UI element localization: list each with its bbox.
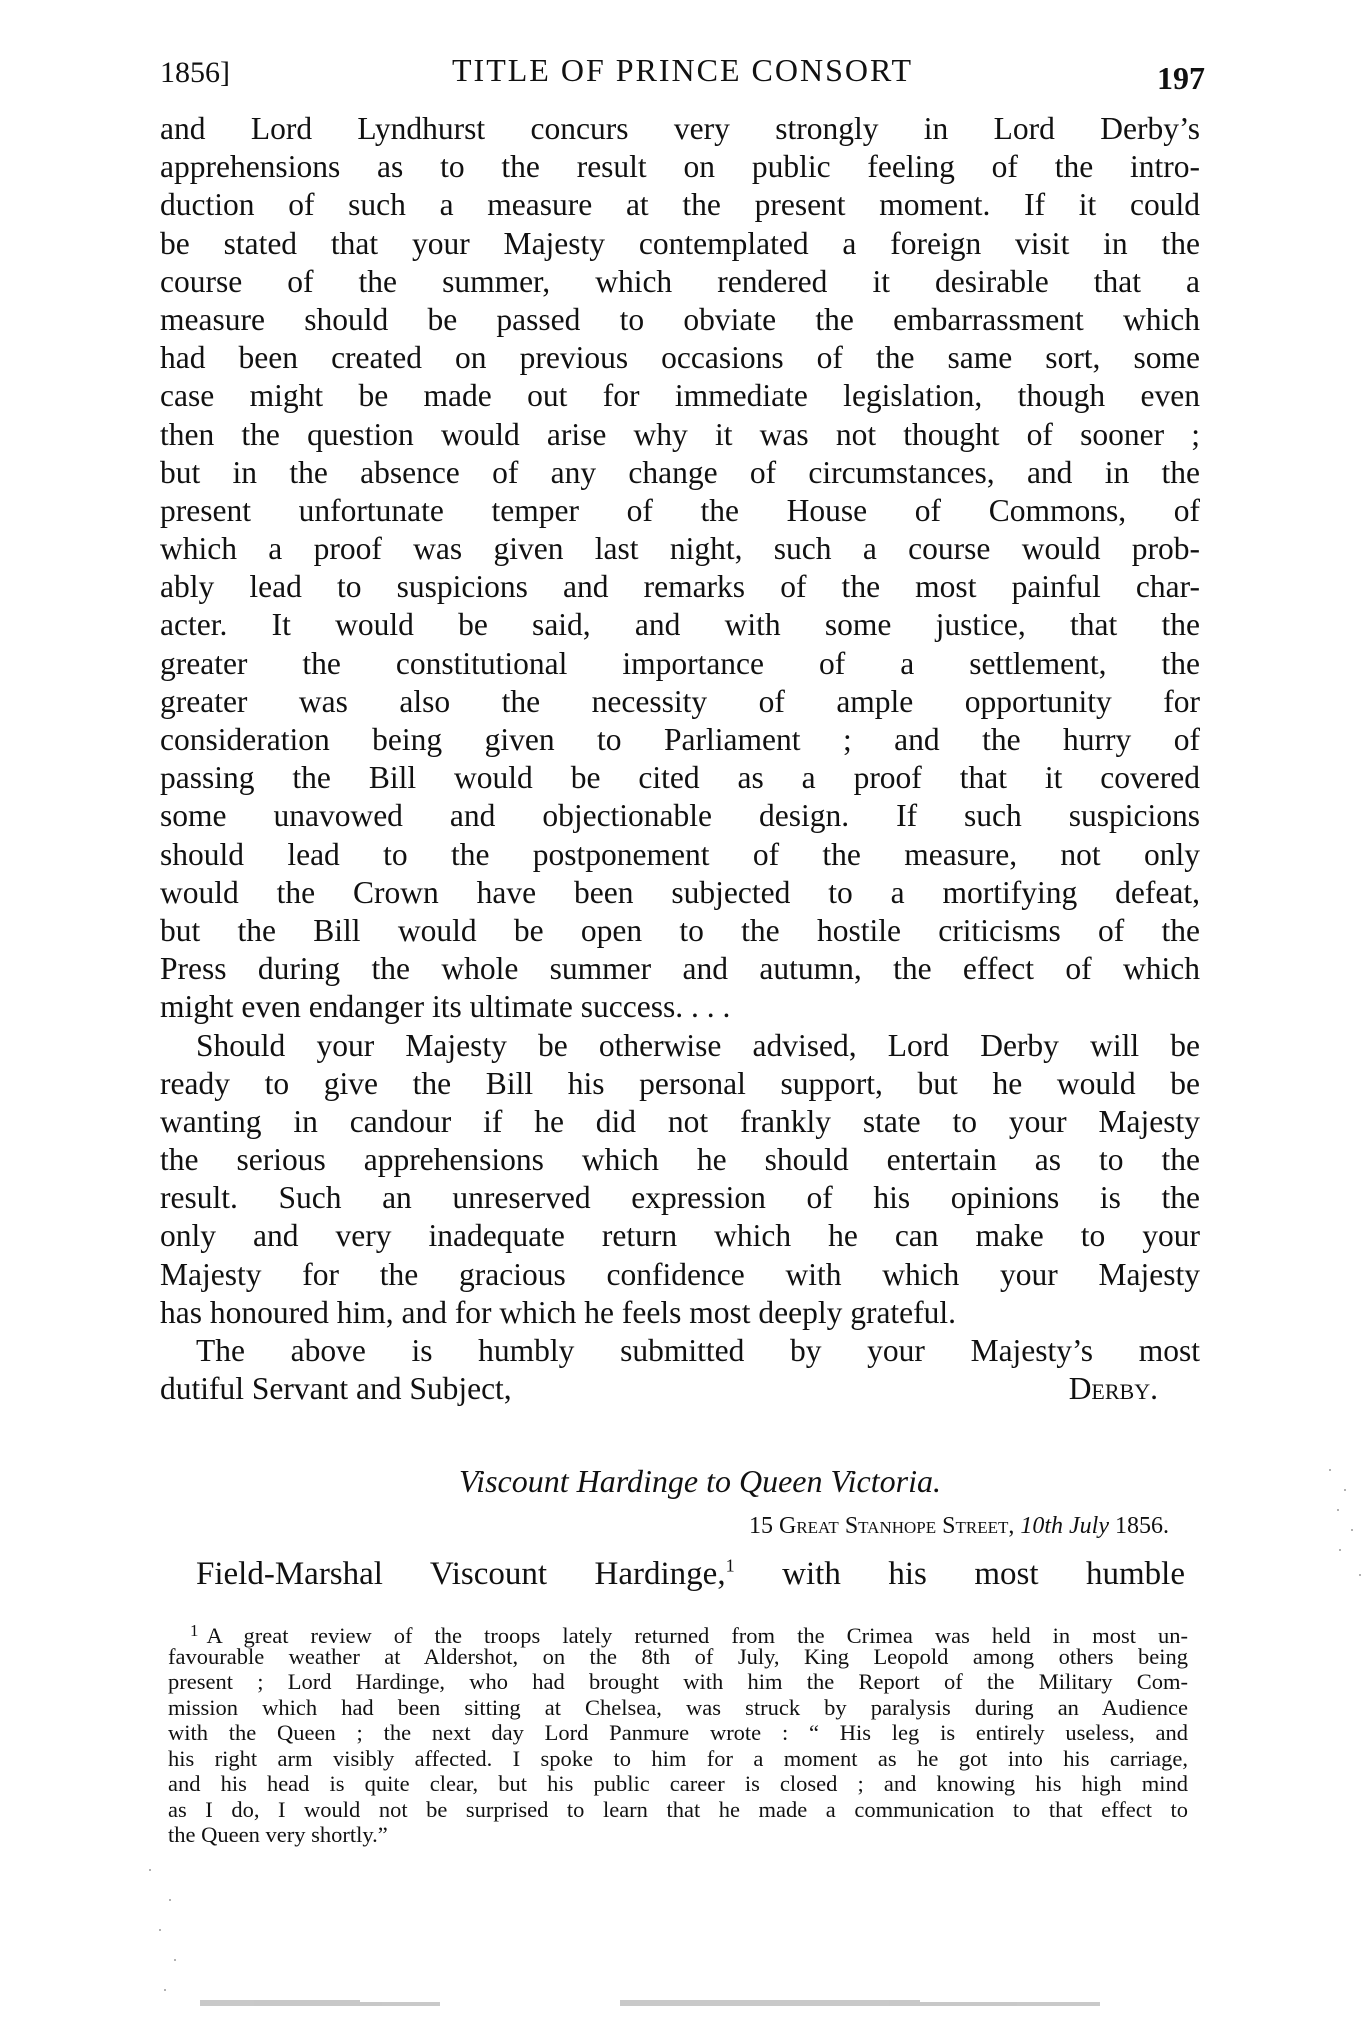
body-line: the serious apprehensions which he shoul… xyxy=(160,1141,1200,1179)
body-line: present unfortunate temper of the House … xyxy=(160,492,1200,530)
body-line: duction of such a measure at the present… xyxy=(160,186,1200,224)
body-line: but the Bill would be open to the hostil… xyxy=(160,912,1200,950)
page-number: 197 xyxy=(1157,60,1205,97)
body-line: Should your Majesty be otherwise advised… xyxy=(160,1027,1200,1065)
footnote-line: the Queen very shortly.” xyxy=(168,1822,1188,1848)
body-line: ably lead to suspicions and remarks of t… xyxy=(160,568,1200,606)
signature-line: dutiful Servant and Subject, Derby. xyxy=(160,1370,1200,1408)
body-line: had been created on previous occasions o… xyxy=(160,339,1200,377)
footnote-line: 1A great review of the troops lately ret… xyxy=(168,1618,1188,1644)
body-line: should lead to the postponement of the m… xyxy=(160,836,1200,874)
body-line: would the Crown have been subjected to a… xyxy=(160,874,1200,912)
footnote-line: favourable weather at Aldershot, on the … xyxy=(168,1644,1188,1670)
footnote-line: as I do, I would not be surprised to lea… xyxy=(168,1797,1188,1823)
footnote: 1A great review of the troops lately ret… xyxy=(168,1618,1188,1848)
body-line: apprehensions as to the result on public… xyxy=(160,148,1200,186)
closing-line: The above is humbly submitted by your Ma… xyxy=(160,1332,1200,1370)
body-line: only and very inadequate return which he… xyxy=(160,1217,1200,1255)
body-line: passing the Bill would be cited as a pro… xyxy=(160,759,1200,797)
body-line: and Lord Lyndhurst concurs very strongly… xyxy=(160,110,1200,148)
body-line: ready to give the Bill his personal supp… xyxy=(160,1065,1200,1103)
footnote-line: present ; Lord Hardinge, who had brought… xyxy=(168,1669,1188,1695)
letter-opening: Field-Marshal Viscount Hardinge,1 with h… xyxy=(160,1556,1185,1593)
body-line: measure should be passed to obviate the … xyxy=(160,301,1200,339)
footnote-line: his right arm visibly affected. I spoke … xyxy=(168,1746,1188,1772)
body-line: which a proof was given last night, such… xyxy=(160,530,1200,568)
letter-address-date: 15 Great Stanhope Street, 10th July 1856… xyxy=(749,1513,1169,1540)
letter-heading: Viscount Hardinge to Queen Victoria. xyxy=(160,1463,1200,1500)
body-line: result. Such an unreserved expression of… xyxy=(160,1179,1200,1217)
body-line: acter. It would be said, and with some j… xyxy=(160,606,1200,644)
signature: Derby. xyxy=(1069,1370,1158,1408)
body-line: might even endanger its ultimate success… xyxy=(160,988,1200,1026)
body-line: greater the constitutional importance of… xyxy=(160,645,1200,683)
running-head-title: TITLE OF PRINCE CONSORT xyxy=(160,52,1205,89)
body-line: be stated that your Majesty contemplated… xyxy=(160,225,1200,263)
body-line: wanting in candour if he did not frankly… xyxy=(160,1103,1200,1141)
body-line: consideration being given to Parliament … xyxy=(160,721,1200,759)
footnote-reference[interactable]: 1 xyxy=(726,1555,735,1575)
date-year: 1856. xyxy=(1115,1513,1169,1539)
body-line: Majesty for the gracious confidence with… xyxy=(160,1256,1200,1294)
body-line: Press during the whole summer and autumn… xyxy=(160,950,1200,988)
footnote-line: with the Queen ; the next day Lord Panmu… xyxy=(168,1720,1188,1746)
body-line: case might be made out for immediate leg… xyxy=(160,377,1200,415)
footnote-line: mission which had been sitting at Chelse… xyxy=(168,1695,1188,1721)
body-line: some unavowed and objectionable design. … xyxy=(160,797,1200,835)
running-head: 1856] TITLE OF PRINCE CONSORT 197 xyxy=(160,48,1205,92)
address: 15 Great Stanhope Street, xyxy=(749,1513,1014,1539)
footnote-line: and his head is quite clear, but his pub… xyxy=(168,1771,1188,1797)
opening-text: Field-Marshal Viscount Hardinge, xyxy=(196,1556,726,1592)
body-line: has honoured him, and for which he feels… xyxy=(160,1294,1200,1332)
body-line: course of the summer, which rendered it … xyxy=(160,263,1200,301)
body-line: but in the absence of any change of circ… xyxy=(160,454,1200,492)
closing-salutation: dutiful Servant and Subject, xyxy=(160,1370,512,1408)
date-day: 10th July xyxy=(1020,1513,1109,1539)
body-line: then the question would arise why it was… xyxy=(160,416,1200,454)
book-page: 1856] TITLE OF PRINCE CONSORT 197 and Lo… xyxy=(0,0,1369,2022)
letter-body: and Lord Lyndhurst concurs very strongly… xyxy=(160,110,1200,1408)
body-line: greater was also the necessity of ample … xyxy=(160,683,1200,721)
opening-rest: with his most humble xyxy=(735,1556,1185,1592)
footnote-marker: 1 xyxy=(190,1621,198,1640)
